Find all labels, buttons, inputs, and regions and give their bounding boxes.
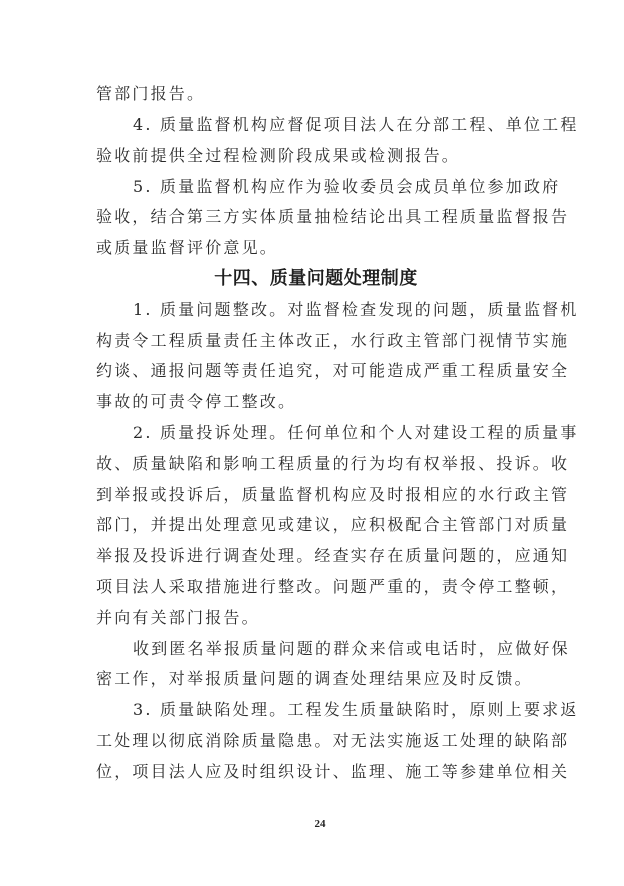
paragraph-line: 故、质量缺陷和影响工程质量的行为均有权举报、投诉。收 bbox=[96, 449, 546, 479]
paragraph-line: 验收，结合第三方实体质量抽检结论出具工程质量监督报告 bbox=[96, 202, 546, 232]
paragraph-line: 到举报或投诉后，质量监督机构应及时报相应的水行政主管 bbox=[96, 480, 546, 510]
paragraph-line: 或质量监督评价意见。 bbox=[96, 233, 546, 263]
paragraph-line: 3. 质量缺陷处理。工程发生质量缺陷时，原则上要求返 bbox=[133, 695, 583, 725]
paragraph-line: 收到匿名举报质量问题的群众来信或电话时，应做好保 bbox=[133, 634, 583, 664]
paragraph-line: 构责令工程质量责任主体改正，水行政主管部门视情节实施 bbox=[96, 326, 546, 356]
document-page: 管部门报告。 4. 质量监督机构应督促项目法人在分部工程、单位工程 验收前提供全… bbox=[0, 0, 624, 886]
paragraph-line: 项目法人采取措施进行整改。问题严重的，责令停工整顿， bbox=[96, 572, 546, 602]
paragraph-line: 位，项目法人应及时组织设计、监理、施工等参建单位相关 bbox=[96, 757, 546, 787]
paragraph-line: 5. 质量监督机构应作为验收委员会成员单位参加政府 bbox=[133, 172, 583, 202]
paragraph-line: 工处理以彻底消除质量隐患。对无法实施返工处理的缺陷部 bbox=[96, 726, 546, 756]
paragraph-line: 2. 质量投诉处理。任何单位和个人对建设工程的质量事 bbox=[133, 418, 583, 448]
paragraph-line: 举报及投诉进行调查处理。经查实存在质量问题的，应通知 bbox=[96, 541, 546, 571]
paragraph-line: 验收前提供全过程检测阶段成果或检测报告。 bbox=[96, 141, 546, 171]
paragraph-line: 并向有关部门报告。 bbox=[96, 603, 546, 633]
paragraph-line: 1. 质量问题整改。对监督检查发现的问题，质量监督机 bbox=[133, 295, 583, 325]
paragraph-line: 密工作，对举报质量问题的调查处理结果应及时反馈。 bbox=[96, 664, 546, 694]
paragraph-line: 事故的可责令停工整改。 bbox=[96, 387, 546, 417]
paragraph-line: 4. 质量监督机构应督促项目法人在分部工程、单位工程 bbox=[133, 110, 583, 140]
paragraph-line: 约谈、通报问题等责任追究，对可能造成严重工程质量安全 bbox=[96, 356, 546, 386]
section-heading: 十四、质量问题处理制度 bbox=[0, 264, 624, 294]
page-number: 24 bbox=[0, 818, 624, 830]
paragraph-line: 部门，并提出处理意见或建议，应积极配合主管部门对质量 bbox=[96, 510, 546, 540]
paragraph-line: 管部门报告。 bbox=[96, 79, 546, 109]
